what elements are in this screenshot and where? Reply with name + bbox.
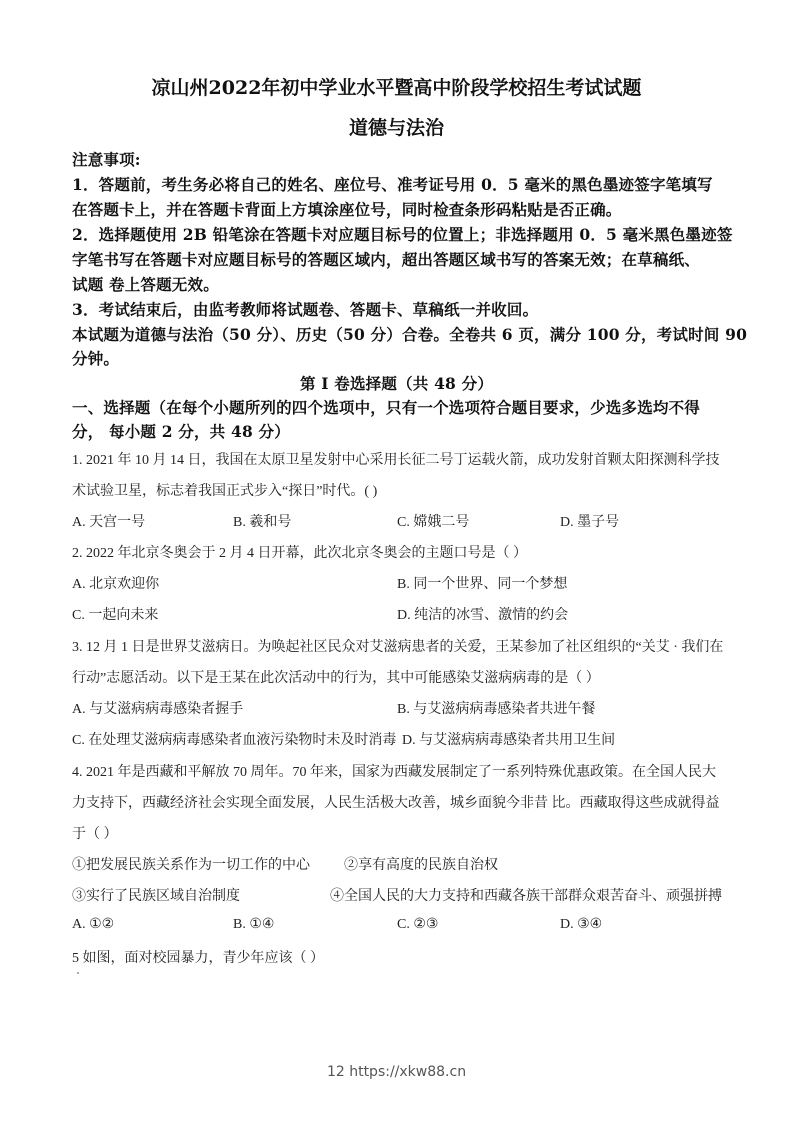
- question-3-option-c: C. 在处理艾滋病病毒感染者血液污染物时未及时消毒: [72, 729, 396, 749]
- question-1-option-a: A. 天宫一号: [72, 511, 145, 531]
- question-2-option-c: C. 一起向未来: [72, 604, 158, 624]
- notice-line: 3．考试结束后，由监考教师将试题卷、答题卡、草稿纸一并收回。: [72, 298, 538, 320]
- notice-line: 分钟。: [72, 347, 119, 369]
- exam-page: 凉山州2022年初中学业水平暨高中阶段学校招生考试试题 道德与法治 注意事项: …: [0, 0, 793, 1122]
- question-4-statement-3: ③实行了民族区域自治制度: [72, 885, 240, 905]
- question-1-option-b: B. 羲和号: [233, 511, 291, 531]
- notice-heading: 注意事项:: [72, 148, 141, 170]
- page-footer: 12 https://xkw88.cn: [0, 1064, 793, 1080]
- question-2-option-b: B. 同一个世界、同一个梦想: [397, 573, 567, 593]
- question-4-option-a: A. ①②: [72, 916, 114, 933]
- question-3-option-b: B. 与艾滋病病毒感染者共进午餐: [397, 698, 595, 718]
- question-4-stem: 4. 2021 年是西藏和平解放 70 周年。70 年来，国家为西藏发展制定了一…: [72, 761, 716, 781]
- question-1-stem: 1. 2021 年 10 月 14 日，我国在太原卫星发射中心采用长征二号丁运载…: [72, 449, 720, 469]
- question-1-option-d: D. 墨子号: [560, 511, 619, 531]
- question-4-option-d: D. ③④: [560, 916, 602, 933]
- subject-title: 道德与法治: [0, 113, 793, 140]
- question-2-option-a: A. 北京欢迎你: [72, 573, 159, 593]
- notice-line: 1．答题前，考生务必将自己的姓名、座位号、准考证号用 0．5 毫米的黑色墨迹签字…: [72, 173, 713, 195]
- notice-line: 2．选择题使用 2B 铅笔涂在答题卡对应题目标号的位置上；非选择题用 0．5 毫…: [72, 223, 733, 245]
- question-3-option-d: D. 与艾滋病病毒感染者共用卫生间: [402, 729, 615, 749]
- question-1-option-c: C. 嫦娥二号: [397, 511, 469, 531]
- question-4-stem: 于（ ）: [72, 823, 118, 843]
- question-4-statement-4: ④全国人民的大力支持和西藏各族干部群众艰苦奋斗、顽强拼搏: [330, 885, 722, 905]
- question-3-stem: 3. 12 月 1 日是世界艾滋病日。为唤起社区民众对艾滋病患者的关爱，王某参加…: [72, 636, 723, 656]
- question-2-option-d: D. 纯洁的冰雪、激情的约会: [397, 604, 568, 624]
- notice-line: 字笔书写在答题卡对应题目标号的答题区域内，超出答题区域书写的答案无效；在草稿纸、: [72, 248, 700, 270]
- question-4-stem: 力支持下，西藏经济社会实现全面发展，人民生活极大改善，城乡面貌今非昔 比。西藏取…: [72, 792, 720, 812]
- question-4-option-b: B. ①④: [233, 916, 274, 933]
- question-3-stem: 行动”志愿活动。以下是王某在此次活动中的行为，其中可能感染艾滋病病毒的是（ ）: [72, 667, 600, 687]
- question-2-stem: 2. 2022 年北京冬奥会于 2 月 4 日开幕，此次北京冬奥会的主题口号是（…: [72, 542, 527, 562]
- question-1-stem: 术试验卫星，标志着我国正式步入“探日”时代。( ): [72, 480, 377, 500]
- notice-line: 在答题卡上，并在答题卡背面上方填涂座位号，同时检查条形码粘贴是否正确。: [72, 198, 622, 220]
- part-heading: 分， 每小题 2 分，共 48 分）: [72, 420, 290, 442]
- section-title: 第 I 卷选择题（共 48 分）: [0, 372, 793, 394]
- notice-line: 试题 卷上答题无效。: [72, 273, 219, 295]
- part-heading: 一、选择题（在每个小题所列的四个选项中，只有一个选项符合题目要求，少选多选均不得: [72, 396, 700, 418]
- question-3-option-a: A. 与艾滋病病毒感染者握手: [72, 698, 243, 718]
- question-4-option-c: C. ②③: [397, 916, 438, 933]
- stray-mark: [77, 972, 79, 974]
- question-4-statement-1: ①把发展民族关系作为一切工作的中心: [72, 854, 310, 874]
- question-4-statement-2: ②享有高度的民族自治权: [344, 854, 498, 874]
- question-5-stem: 5 如图，面对校园暴力，青少年应该（ ）: [72, 947, 324, 967]
- exam-title: 凉山州2022年初中学业水平暨高中阶段学校招生考试试题: [0, 73, 793, 100]
- notice-line: 本试题为道德与法治（50 分）、历史（50 分）合卷。全卷共 6 页，满分 10…: [72, 323, 747, 345]
